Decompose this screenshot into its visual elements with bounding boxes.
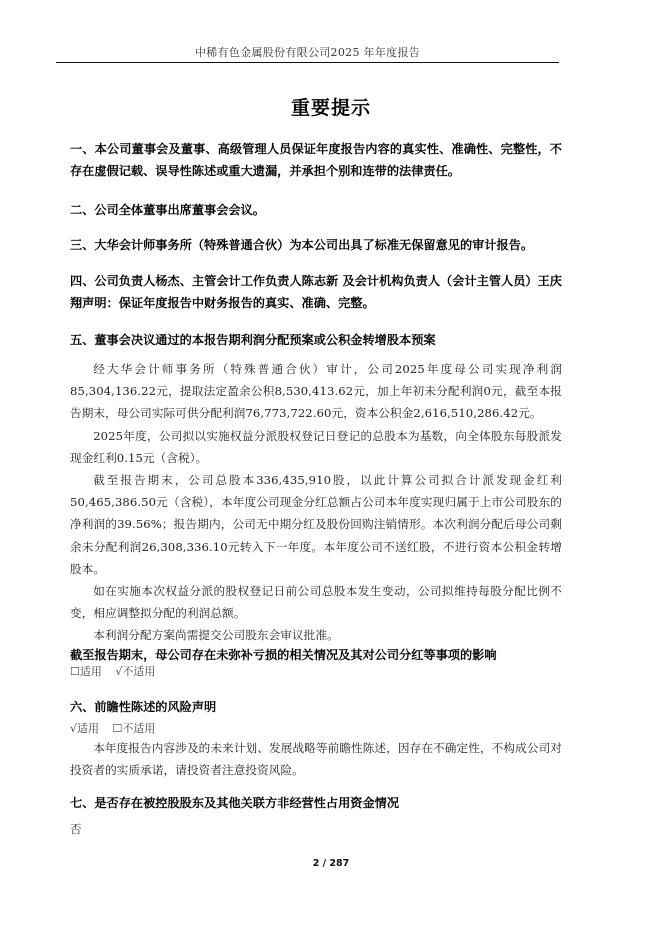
option-not-applicable-unchecked: ☐不适用 bbox=[113, 722, 156, 735]
page-number: 2 / 287 bbox=[0, 858, 662, 869]
section-5-heading: 五、董事会决议通过的本报告期利润分配预案或公积金转增股本预案 bbox=[70, 329, 562, 351]
section-7: 七、是否存在被控股股东及其他关联方非经营性占用资金情况 否 bbox=[70, 792, 562, 839]
profit-paragraph: 经大华会计师事务所（特殊普通合伙）审计，公司2025年度母公司实现净利润85,3… bbox=[70, 358, 562, 425]
section-4-text: 四、公司负责人杨杰、主管会计工作负责人陈志新 及会计机构负责人（会计主管人员）王… bbox=[70, 270, 562, 314]
adjustment-paragraph: 如在实施本次权益分派的股权登记日前公司总股本发生变动，公司拟维持每股分配比例不变… bbox=[70, 580, 562, 624]
option-applicable-checked: √适用 bbox=[70, 722, 99, 735]
dividend-paragraph: 2025年度，公司拟以实施权益分派股权登记日登记的总股本为基数，向全体股东每股派… bbox=[70, 425, 562, 469]
total-dividend-paragraph: 截至报告期末，公司总股本336,435,910股，以此计算公司拟合计派发现金红利… bbox=[70, 469, 562, 580]
section-3-text: 三、大华会计师事务所（特殊普通合伙）为本公司出具了标准无保留意见的审计报告。 bbox=[70, 234, 562, 256]
section-1: 一、本公司董事会及董事、高级管理人员保证年度报告内容的真实性、准确性、完整性，不… bbox=[70, 138, 562, 182]
loss-note-options: ☐适用 √不适用 bbox=[70, 664, 562, 680]
option-not-applicable-checked: √不适用 bbox=[115, 665, 155, 678]
section-7-heading: 七、是否存在被控股股东及其他关联方非经营性占用资金情况 bbox=[70, 792, 562, 814]
running-header: 中稀有色金属股份有限公司2025 年年度报告 bbox=[56, 44, 559, 60]
forward-looking-paragraph: 本年度报告内容涉及的未来计划、发展战略等前瞻性陈述，因存在不确定性，不构成公司对… bbox=[70, 737, 562, 781]
loss-note-section: 截至报告期末，母公司存在未弥补亏损的相关情况及其对公司分红等事项的影响 ☐适用 … bbox=[70, 646, 562, 680]
section-5: 五、董事会决议通过的本报告期利润分配预案或公积金转增股本预案 经大华会计师事务所… bbox=[70, 329, 562, 647]
section-3: 三、大华会计师事务所（特殊普通合伙）为本公司出具了标准无保留意见的审计报告。 bbox=[70, 234, 562, 256]
section-2-text: 二、公司全体董事出席董事会会议。 bbox=[70, 199, 562, 221]
section-6-options: √适用 ☐不适用 bbox=[70, 721, 562, 737]
option-applicable-unchecked: ☐适用 bbox=[70, 665, 102, 678]
section-4: 四、公司负责人杨杰、主管会计工作负责人陈志新 及会计机构负责人（会计主管人员）王… bbox=[70, 270, 562, 314]
section-1-text: 一、本公司董事会及董事、高级管理人员保证年度报告内容的真实性、准确性、完整性，不… bbox=[70, 138, 562, 182]
approval-paragraph: 本利润分配方案尚需提交公司股东会审议批准。 bbox=[70, 624, 562, 646]
section-2: 二、公司全体董事出席董事会会议。 bbox=[70, 199, 562, 221]
section-6: 六、前瞻性陈述的风险声明 √适用 ☐不适用 本年度报告内容涉及的未来计划、发展战… bbox=[70, 696, 562, 781]
loss-note-heading: 截至报告期末，母公司存在未弥补亏损的相关情况及其对公司分红等事项的影响 bbox=[70, 646, 562, 664]
header-divider bbox=[56, 62, 559, 63]
page-title: 重要提示 bbox=[0, 93, 662, 120]
section-6-heading: 六、前瞻性陈述的风险声明 bbox=[70, 696, 562, 718]
section-7-answer: 否 bbox=[70, 820, 562, 839]
